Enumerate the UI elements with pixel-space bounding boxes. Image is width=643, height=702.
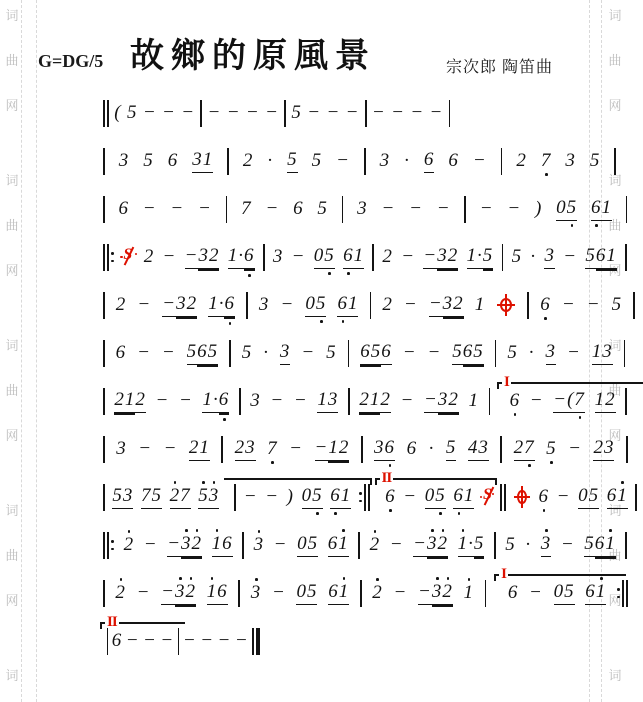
note-token: 13 [592,341,613,365]
barline [501,146,503,176]
music-line-1: (5−−−−−−−5−−−−−−− [103,89,637,137]
note-token: − [163,246,177,268]
note-token: 61 [453,485,474,509]
note-token: −12 [315,437,350,461]
note-token: − [179,390,193,412]
note-token: 5 [242,342,253,364]
note-token: 53 [198,485,219,509]
note-token: 16 [212,533,233,557]
note-token: − [143,198,157,220]
note-token: 5 [312,150,323,172]
note-token: 3 [546,341,557,365]
watermark-char: 网 [3,260,21,279]
note-token: 5 [317,198,328,220]
note-token: − [156,390,170,412]
watermark-left: 词曲网词曲网词曲网词曲网词 [3,0,21,702]
barline [103,434,105,464]
watermark-char: 曲 [3,545,21,564]
note-token: − [274,534,288,556]
barline [360,578,362,608]
note-token: 2 [370,534,381,556]
note-token: 75 [141,485,162,509]
note-token: − [280,294,294,316]
note-token: 561 [584,533,616,557]
note-token: −(7 [553,389,585,413]
note-token: 3 [280,341,291,365]
note-token: − [183,630,197,652]
repeat-end-barline [617,578,628,608]
barline [449,98,451,128]
note-token: 6 [293,198,304,220]
note-token: − [336,150,350,172]
note-token: 2 [372,582,383,604]
note-token: 565 [452,341,484,365]
note-token: − [393,582,407,604]
note-token: − [170,198,184,220]
note-token: 5 [546,438,557,460]
volta-number: I [504,378,509,387]
note-token: −32 [423,245,458,269]
note-token: 6 [118,198,129,220]
note-token: − [529,582,543,604]
barline [107,626,109,656]
note-token: 2 [382,246,393,268]
note-token: − [473,150,487,172]
note-token: 7 [541,150,552,172]
note-token: 3 [259,294,270,316]
sheet-music-page: 词曲网词曲网词曲网词曲网词 词曲网词曲网词曲网词曲网词 G=DG/5 故鄉的原風… [0,0,643,702]
note-token: 3 [250,390,261,412]
note-token: 1·6 [202,389,229,413]
note-token: · [530,246,536,268]
note-token: − [137,342,151,364]
note-token: · [263,342,269,364]
note-token: − [137,582,151,604]
note-token: 6 [510,390,521,412]
note-token: 12 [595,389,616,413]
note-token: · [529,342,535,364]
note-token: −32 [185,245,220,269]
note-token: 05 [554,581,575,605]
note-token: − [301,342,315,364]
barline [103,386,105,416]
barline [626,194,628,224]
note-token: − [162,102,176,124]
note-token: − [346,102,360,124]
note-token: 05 [314,245,335,269]
note-token: − [437,198,451,220]
note-token: 6 [538,486,549,508]
note-token: 1·5 [467,245,494,269]
note-token: 61 [585,581,606,605]
barline [635,482,637,512]
barline [103,146,105,176]
note-token: 61 [591,197,612,221]
note-token: 05 [578,485,599,509]
repeat-start-barline [103,242,114,272]
barline [625,242,627,272]
barline [633,290,635,320]
note-token: 1·6 [228,245,255,269]
note-token: 212 [114,389,146,413]
note-token: − [391,102,405,124]
note-token: 5 [612,294,623,316]
note-token: 2 [116,294,127,316]
note-token: − [409,198,423,220]
segno-icon: S [122,247,135,267]
music-line-12: II6−−−−−−− [103,617,637,665]
note-token: − [307,102,321,124]
note-token: 05 [302,485,323,509]
note-token: 1 [475,294,486,316]
watermark-char: 词 [606,665,624,684]
watermark-char: 词 [3,5,21,24]
note-token: − [137,294,151,316]
barline [200,98,202,128]
music-line-6: 6−−5655·3−5656−−5655·3−13 [103,329,637,377]
barline [348,338,350,368]
barline [229,338,231,368]
note-token: 5 [143,150,154,172]
note-token: − [265,198,279,220]
barline [464,194,466,224]
left-dashed-border-outer [36,0,37,702]
note-token: − [567,342,581,364]
note-token: 31 [192,149,213,173]
barline [221,434,223,464]
note-token: · [404,150,410,172]
watermark-char: 词 [3,665,21,684]
note-token: −32 [162,293,197,317]
note-token: 5 [505,534,516,556]
note-token: −32 [418,581,453,605]
note-token: − [403,342,417,364]
note-token: 6 [168,150,179,172]
watermark-char: 词 [3,500,21,519]
note-token: 2 [124,534,135,556]
note-token: 7 [267,438,278,460]
note-token: − [563,246,577,268]
note-token: 61 [607,485,628,509]
barline [614,146,616,176]
barline [103,338,105,368]
note-token: − [507,198,521,220]
final-barline [252,626,260,656]
segno-icon: S [482,487,492,507]
note-token: 2 [516,150,527,172]
note-token: − [265,486,279,508]
note-token: −32 [413,533,448,557]
volta-number: II [107,618,117,627]
note-token: − [265,102,279,124]
note-token: −32 [429,293,464,317]
music-line-4: S2−−321·63−05612−−321·55·3−561 [103,233,637,281]
note-token: − [144,534,158,556]
barline [494,530,496,560]
note-token: 61 [330,485,351,509]
note-token: 5 [507,342,518,364]
note-token: 3 [544,245,555,269]
note-token: 6 [540,294,551,316]
note-token: 53 [112,485,133,509]
watermark-char: 网 [3,590,21,609]
note-token: 6 [448,150,459,172]
note-token: − [246,102,260,124]
note-token: 3 [251,582,262,604]
note-token: 1 [464,582,475,604]
note-token: − [401,246,415,268]
left-dashed-border-inner [21,0,22,702]
barline [625,530,627,560]
note-token: 23 [235,437,256,461]
note-token: − [401,390,415,412]
note-token: 61 [328,581,349,605]
music-line-3: 6−−−7−653−−−−−)0561 [103,185,637,233]
note-token: − [138,438,152,460]
note-token: − [218,630,232,652]
note-token: 61 [337,293,358,317]
double-barline [500,482,506,512]
note-token: − [568,438,582,460]
note-token: −32 [161,581,196,605]
barline [284,98,286,128]
note-token: 05 [297,533,318,557]
note-token: 5 [590,150,601,172]
barline [226,194,228,224]
note-token: − [403,486,417,508]
note-token: 7 [241,198,252,220]
barline [365,98,367,128]
note-token: · [267,150,273,172]
barline [624,338,626,368]
note-token: 2 [243,150,254,172]
note-token: − [480,198,494,220]
note-token: 5 [512,246,523,268]
barline [263,242,265,272]
barline [489,386,491,416]
barline [227,146,229,176]
note-token: 36 [374,437,395,461]
note-token: − [427,342,441,364]
note-token: ) [535,198,542,220]
note-token: − [200,630,214,652]
note-token: − [562,294,576,316]
note-token: 6 [508,582,519,604]
volta-number: II [382,474,392,483]
music-line-2: 356312·55−3·66−2735 [103,137,637,185]
key-signature: G=DG/5 [38,51,103,72]
watermark-char: 词 [3,170,21,189]
note-token: 61 [328,533,349,557]
barline [239,386,241,416]
note-token: − [381,198,395,220]
note-token: − [143,630,157,652]
note-token: 565 [187,341,219,365]
note-token: − [270,390,284,412]
note-token: − [561,534,575,556]
note-token: − [530,390,544,412]
note-token: − [289,438,303,460]
music-line-5: 2−−321·63−05612−−3216−−5 [103,281,637,329]
barline [364,146,366,176]
note-token: 3 [273,246,284,268]
double-barline [103,98,109,128]
note-token: − [587,294,601,316]
music-line-8: 3−−21237−−12366·543275−23 [103,425,637,473]
note-token: 5 [287,149,298,173]
song-title: 故鄉的原風景 [130,28,376,77]
watermark-char: 曲 [3,50,21,69]
repeat-end-barline [359,482,370,512]
barline [361,434,363,464]
note-token: 5 [326,342,337,364]
note-token: − [292,246,306,268]
note-token: 27 [514,437,535,461]
note-token: 23 [593,437,614,461]
note-token: 1 [468,390,479,412]
note-token: 212 [359,389,391,413]
note-token: − [557,486,571,508]
barline [625,386,627,416]
barline [103,578,105,608]
coda-icon [517,489,526,505]
note-token: − [227,102,241,124]
note-token: − [372,102,386,124]
watermark-char: 词 [606,5,624,24]
note-token: · [429,438,435,460]
barline [527,290,529,320]
note-token: 5 [446,437,457,461]
barline [234,482,236,512]
note-token: 2 [382,294,393,316]
note-token: − [162,342,176,364]
repeat-start-barline [103,530,114,560]
barline [348,386,350,416]
music-line-11: 2−−32163−05612−−321I6−0561 [103,569,637,617]
note-token: 561 [585,245,617,269]
barline [502,242,504,272]
note-token: ( [114,102,121,124]
note-token: − [272,582,286,604]
note-token: 6 [112,630,123,652]
note-token: − [244,486,258,508]
note-token: 21 [189,437,210,461]
barline [103,482,105,512]
note-token: 5 [127,102,138,124]
note-token: 6 [424,149,435,173]
barline [242,530,244,560]
note-token: − [326,102,340,124]
note-token: 3 [119,150,130,172]
note-token: 3 [380,150,391,172]
note-token: 2 [144,246,155,268]
barline [358,530,360,560]
barline [485,578,487,608]
music-line-10: 2−−32163−05612−−321·55·3−561 [103,521,637,569]
barline [372,242,374,272]
note-token: − [164,438,178,460]
note-token: · [525,534,531,556]
note-token: 3 [541,533,552,557]
note-token: 656 [360,341,392,365]
note-token: − [143,102,157,124]
note-token: 6 [407,438,418,460]
barline [342,194,344,224]
watermark-char: 曲 [3,380,21,399]
note-token: − [430,102,444,124]
barline [495,338,497,368]
watermark-char: 网 [3,95,21,114]
note-token: − [235,630,249,652]
note-token: 3 [254,534,265,556]
note-token: 05 [305,293,326,317]
note-token: 5 [291,102,302,124]
note-token: 43 [468,437,489,461]
note-token: 05 [556,197,577,221]
watermark-char: 曲 [606,50,624,69]
note-token: − [181,102,195,124]
note-token: − [410,102,424,124]
composer-credit: 宗次郎 陶笛曲 [446,54,553,77]
notation-area: (5−−−−−−−5−−−−−−−356312·55−3·66−27356−−−… [103,89,637,665]
note-token: − [294,390,308,412]
note-token: − [198,198,212,220]
note-token: 1·6 [208,293,235,317]
note-token: 16 [207,581,228,605]
music-line-7: 212−−1·63−−13212−−321I6−−(712 [103,377,637,425]
watermark-char: 曲 [3,215,21,234]
watermark-char: 网 [3,425,21,444]
note-token: − [404,294,418,316]
note-token: 27 [170,485,191,509]
note-token: − [208,102,222,124]
note-token: − [160,630,174,652]
note-token: 61 [343,245,364,269]
note-token: − [390,534,404,556]
barline [103,290,105,320]
note-token: −32 [424,389,459,413]
note-token: 05 [425,485,446,509]
note-token: 6 [385,486,396,508]
barline [626,434,628,464]
barline [370,290,372,320]
note-token: 1·5 [458,533,485,557]
barline [178,626,180,656]
note-token: 6 [116,342,127,364]
volta-number: I [501,570,506,579]
note-token: 3 [357,198,368,220]
barline [500,434,502,464]
note-token: ) [287,486,294,508]
note-token: − [126,630,140,652]
note-token: 3 [116,438,127,460]
coda-icon [500,297,512,313]
note-token: 13 [317,389,338,413]
note-token: 2 [115,582,126,604]
note-token: −32 [167,533,202,557]
music-line-9: 53752753−−)0561II6−0561S6−0561 [103,473,637,521]
note-token: 3 [565,150,576,172]
barline [246,290,248,320]
barline [103,194,105,224]
watermark-char: 词 [3,335,21,354]
barline [238,578,240,608]
note-token: 05 [296,581,317,605]
